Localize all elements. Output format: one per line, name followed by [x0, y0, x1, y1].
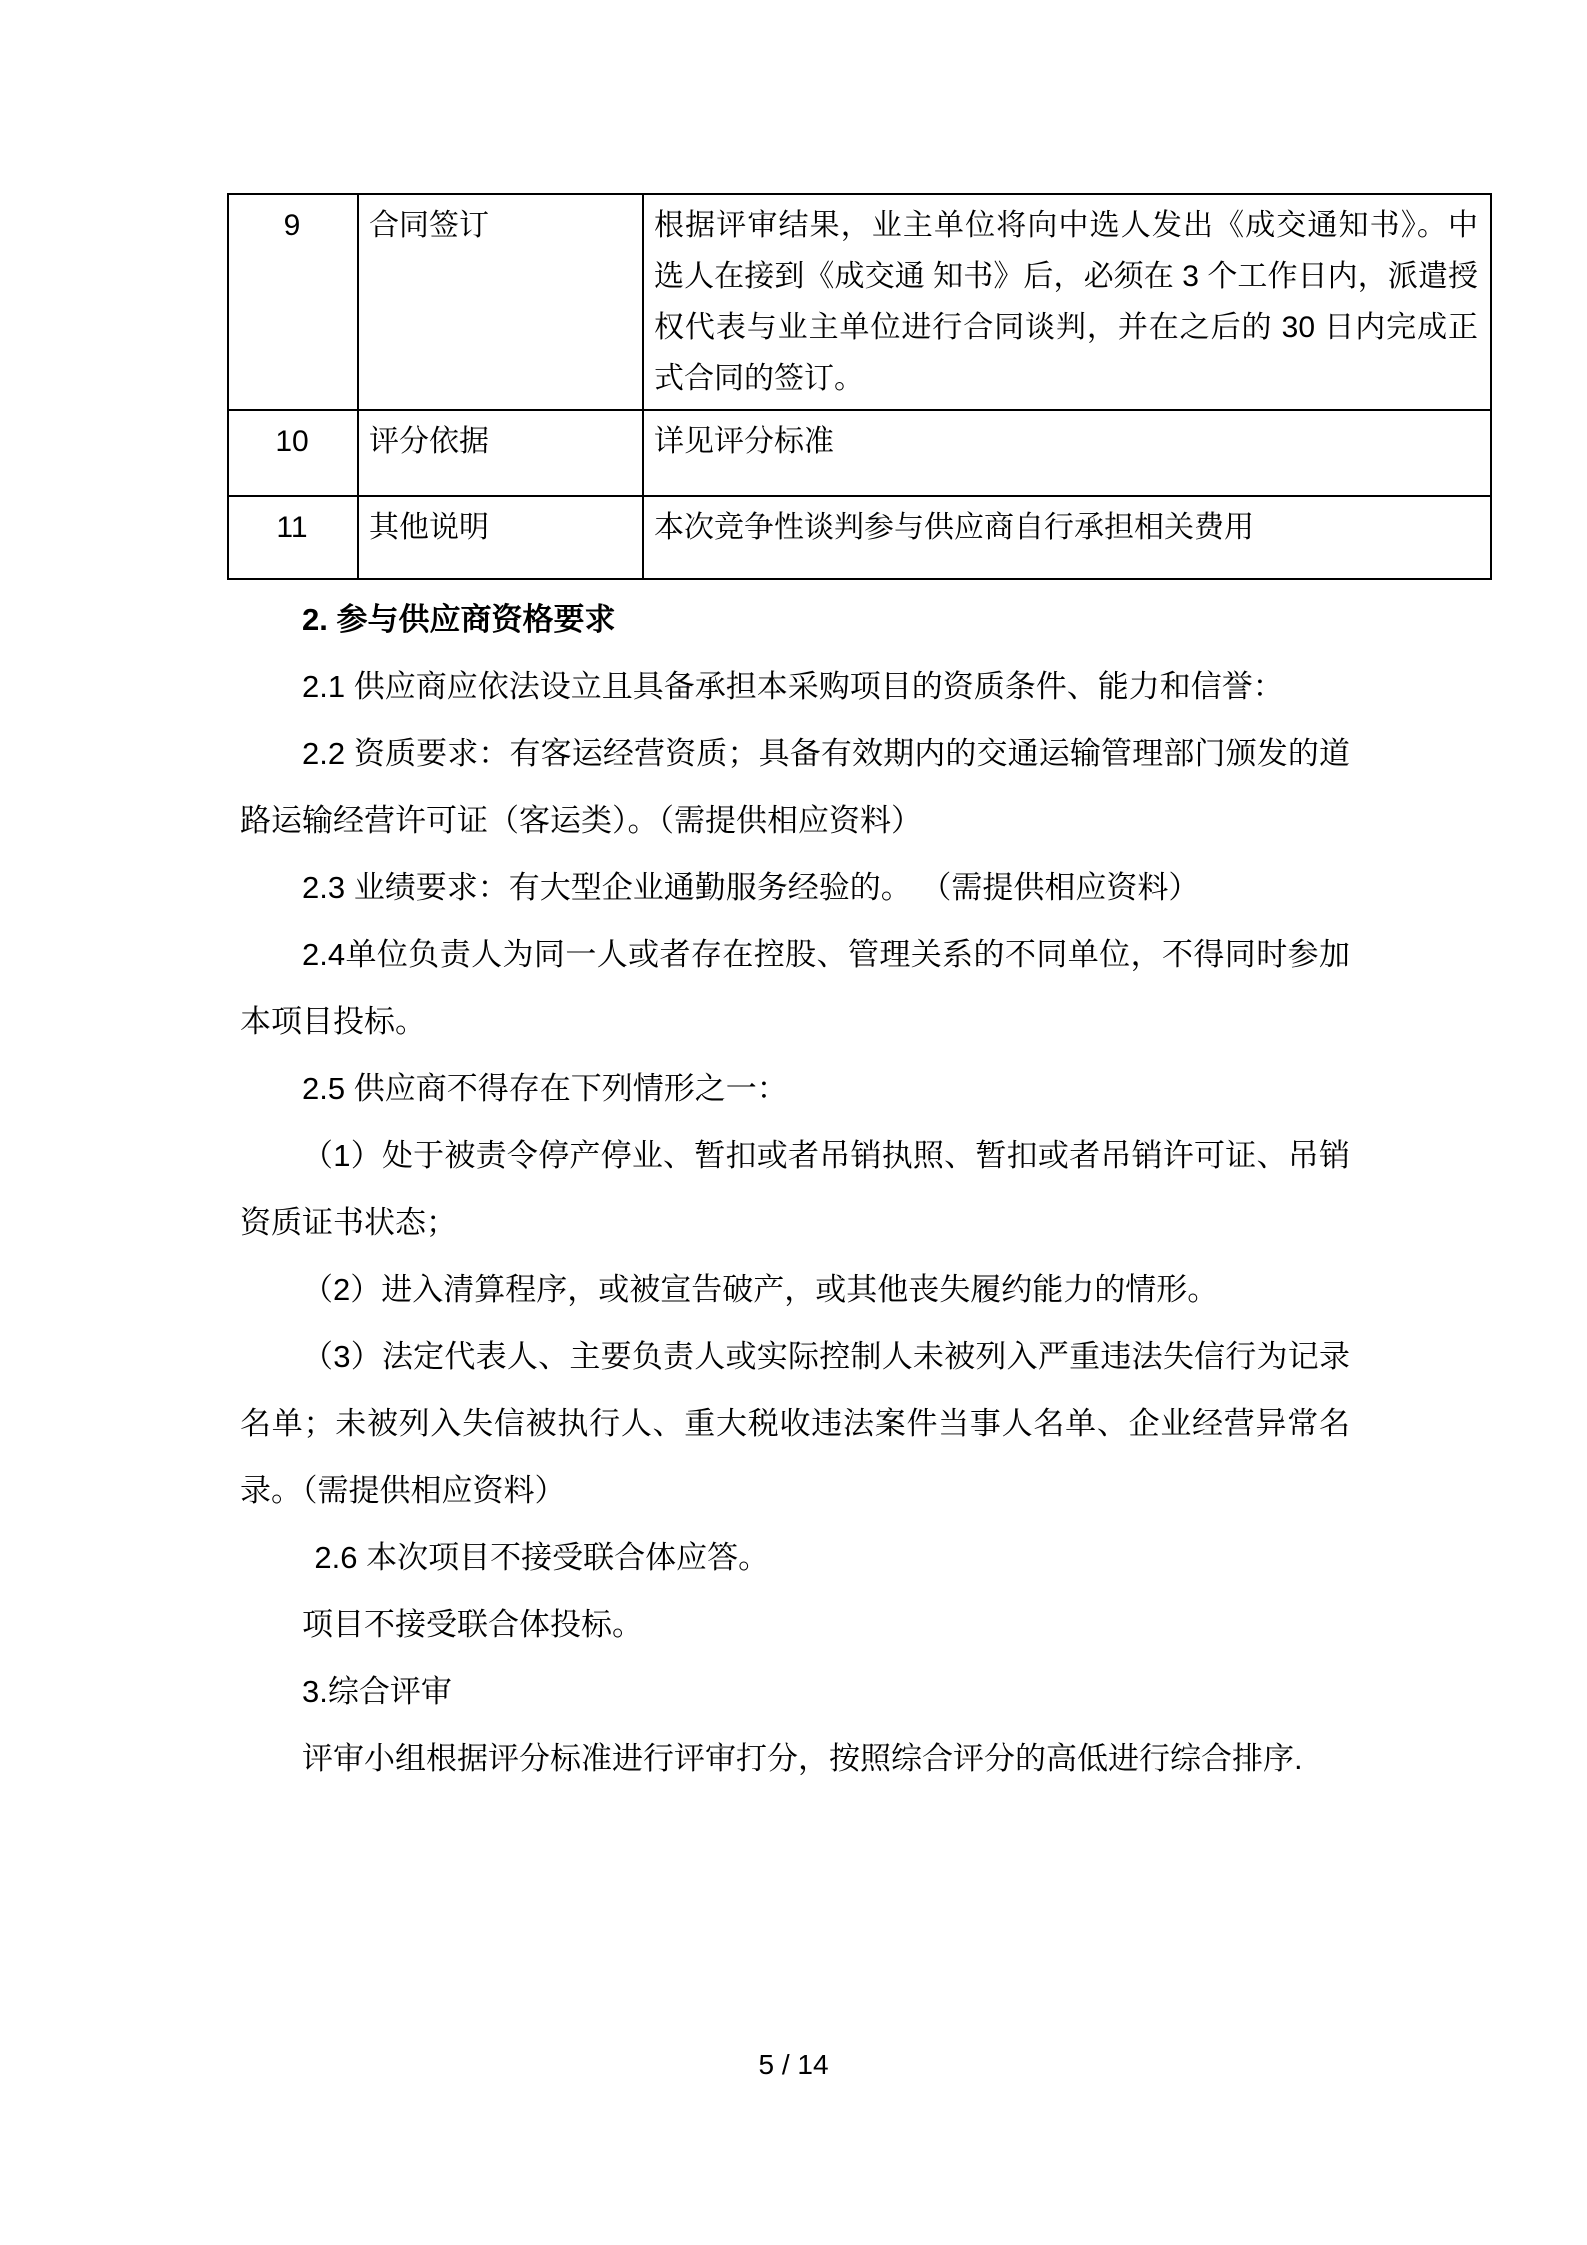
section-body: 2. 参与供应商资格要求 2.1 供应商应依法设立且具备承担本采购项目的资质条件… — [240, 586, 1350, 1792]
row-content-cell: 根据评审结果，业主单位将向中选人发出《成交通知书》。中选人在接到《成交通 知书》… — [643, 194, 1491, 410]
table-row-9: 9 合同签订 根据评审结果，业主单位将向中选人发出《成交通知书》。中选人在接到《… — [228, 194, 1491, 410]
table-row-11: 11 其他说明 本次竞争性谈判参与供应商自行承担相关费用 — [228, 496, 1491, 579]
paragraph-3-heading: 3.综合评审 — [240, 1658, 1350, 1725]
paragraph-3-review: 评审小组根据评分标准进行评审打分，按照综合评分的高低进行综合排序. — [240, 1725, 1350, 1792]
row-number-cell: 9 — [228, 194, 358, 410]
paragraph-2-4: 2.4单位负责人为同一人或者存在控股、管理关系的不同单位，不得同时参加本项目投标… — [240, 921, 1350, 1055]
paragraph-item-2: （2）进入清算程序，或被宣告破产，或其他丧失履约能力的情形。 — [240, 1256, 1350, 1323]
section-heading: 2. 参与供应商资格要求 — [240, 586, 1350, 653]
row-label-cell: 其他说明 — [358, 496, 643, 579]
procedure-table: 9 合同签订 根据评审结果，业主单位将向中选人发出《成交通知书》。中选人在接到《… — [227, 193, 1492, 580]
paragraph-2-2: 2.2 资质要求：有客运经营资质；具备有效期内的交通运输管理部门颁发的道路运输经… — [240, 720, 1350, 854]
paragraph-2-3: 2.3 业绩要求：有大型企业通勤服务经验的。 （需提供相应资料） — [240, 854, 1350, 921]
paragraph-2-1: 2.1 供应商应依法设立且具备承担本采购项目的资质条件、能力和信誉： — [240, 653, 1350, 720]
paragraph-2-6: 2.6 本次项目不接受联合体应答。 — [240, 1524, 1350, 1591]
row-label-cell: 评分依据 — [358, 410, 643, 496]
page-number: 5 / 14 — [0, 2048, 1587, 2081]
table-row-10: 10 评分依据 详见评分标准 — [228, 410, 1491, 496]
paragraph-item-3: （3）法定代表人、主要负责人或实际控制人未被列入严重违法失信行为记录名单；未被列… — [240, 1323, 1350, 1524]
paragraph-item-1: （1）处于被责令停产停业、暂扣或者吊销执照、暂扣或者吊销许可证、吊销资质证书状态… — [240, 1122, 1350, 1256]
row-content-cell: 详见评分标准 — [643, 410, 1491, 496]
paragraph-2-5: 2.5 供应商不得存在下列情形之一： — [240, 1055, 1350, 1122]
row-number-cell: 10 — [228, 410, 358, 496]
row-label-cell: 合同签订 — [358, 194, 643, 410]
row-content-cell: 本次竞争性谈判参与供应商自行承担相关费用 — [643, 496, 1491, 579]
document-page: 9 合同签订 根据评审结果，业主单位将向中选人发出《成交通知书》。中选人在接到《… — [0, 0, 1587, 2245]
paragraph-no-consortium: 项目不接受联合体投标。 — [240, 1591, 1350, 1658]
row-number-cell: 11 — [228, 496, 358, 579]
